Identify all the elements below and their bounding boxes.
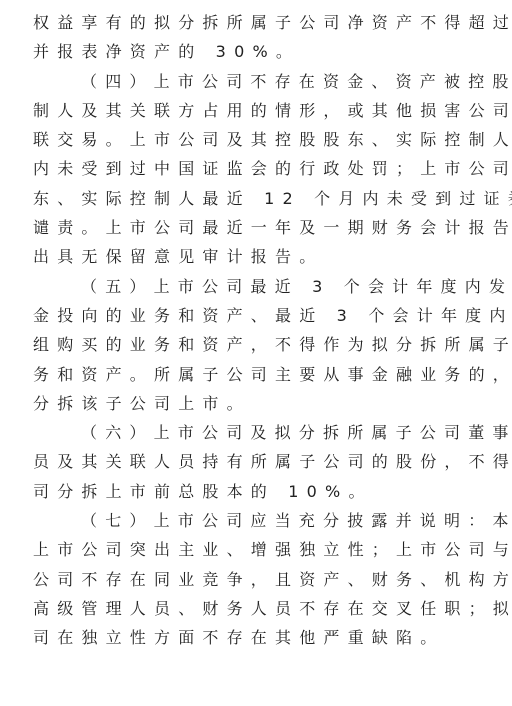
paragraph-start-line: （六）上市公司及拟分拆所属子公司董事、高级管理人	[33, 418, 453, 447]
text-line: 内未受到过中国证监会的行政处罚；上市公司及其控股股	[33, 154, 453, 183]
text-line: 司在独立性方面不存在其他严重缺陷。	[33, 623, 453, 652]
text-line: 制人及其关联方占用的情形，或其他损害公司利益的重大关	[33, 96, 453, 125]
paragraph-start-line: （七）上市公司应当充分披露并说明：本次分拆有利于	[33, 506, 453, 535]
text-line: 务和资产。所属子公司主要从事金融业务的，上市公司不得	[33, 360, 453, 389]
document-body: 权益享有的拟分拆所属子公司净资产不得超过上市公司合 并报表净资产的 30%。 （…	[33, 8, 453, 653]
text-line: 上市公司突出主业、增强独立性；上市公司与拟分拆所属子	[33, 535, 453, 564]
text-line: 出具无保留意见审计报告。	[33, 242, 453, 271]
text-line: 权益享有的拟分拆所属子公司净资产不得超过上市公司合	[33, 8, 453, 37]
text-line: 联交易。上市公司及其控股股东、实际控制人最近 36 个月	[33, 125, 453, 154]
text-line: 高级管理人员、财务人员不存在交叉任职；拟分拆所属子公	[33, 594, 453, 623]
text-line: 组购买的业务和资产，不得作为拟分拆所属子公司的主要业	[33, 330, 453, 359]
text-line: 司分拆上市前总股本的 10%。	[33, 477, 453, 506]
paragraph-start-line: （四）上市公司不存在资金、资产被控股股东、实际控	[33, 67, 453, 96]
text-line: 东、实际控制人最近 12 个月内未受到过证券交易所的公开	[33, 184, 453, 213]
text-line: 金投向的业务和资产、最近 3 个会计年度内通过重大资产重	[33, 301, 453, 330]
text-line: 谴责。上市公司最近一年及一期财务会计报告被注册会计师	[33, 213, 453, 242]
paragraph-start-line: （五）上市公司最近 3 个会计年度内发行股份及募集资	[33, 272, 453, 301]
text-line: 员及其关联人员持有所属子公司的股份，不得超过所属子公	[33, 447, 453, 476]
text-line: 并报表净资产的 30%。	[33, 37, 453, 66]
text-line: 分拆该子公司上市。	[33, 389, 453, 418]
text-line: 公司不存在同业竞争，且资产、财务、机构方面相互独立，	[33, 565, 453, 594]
